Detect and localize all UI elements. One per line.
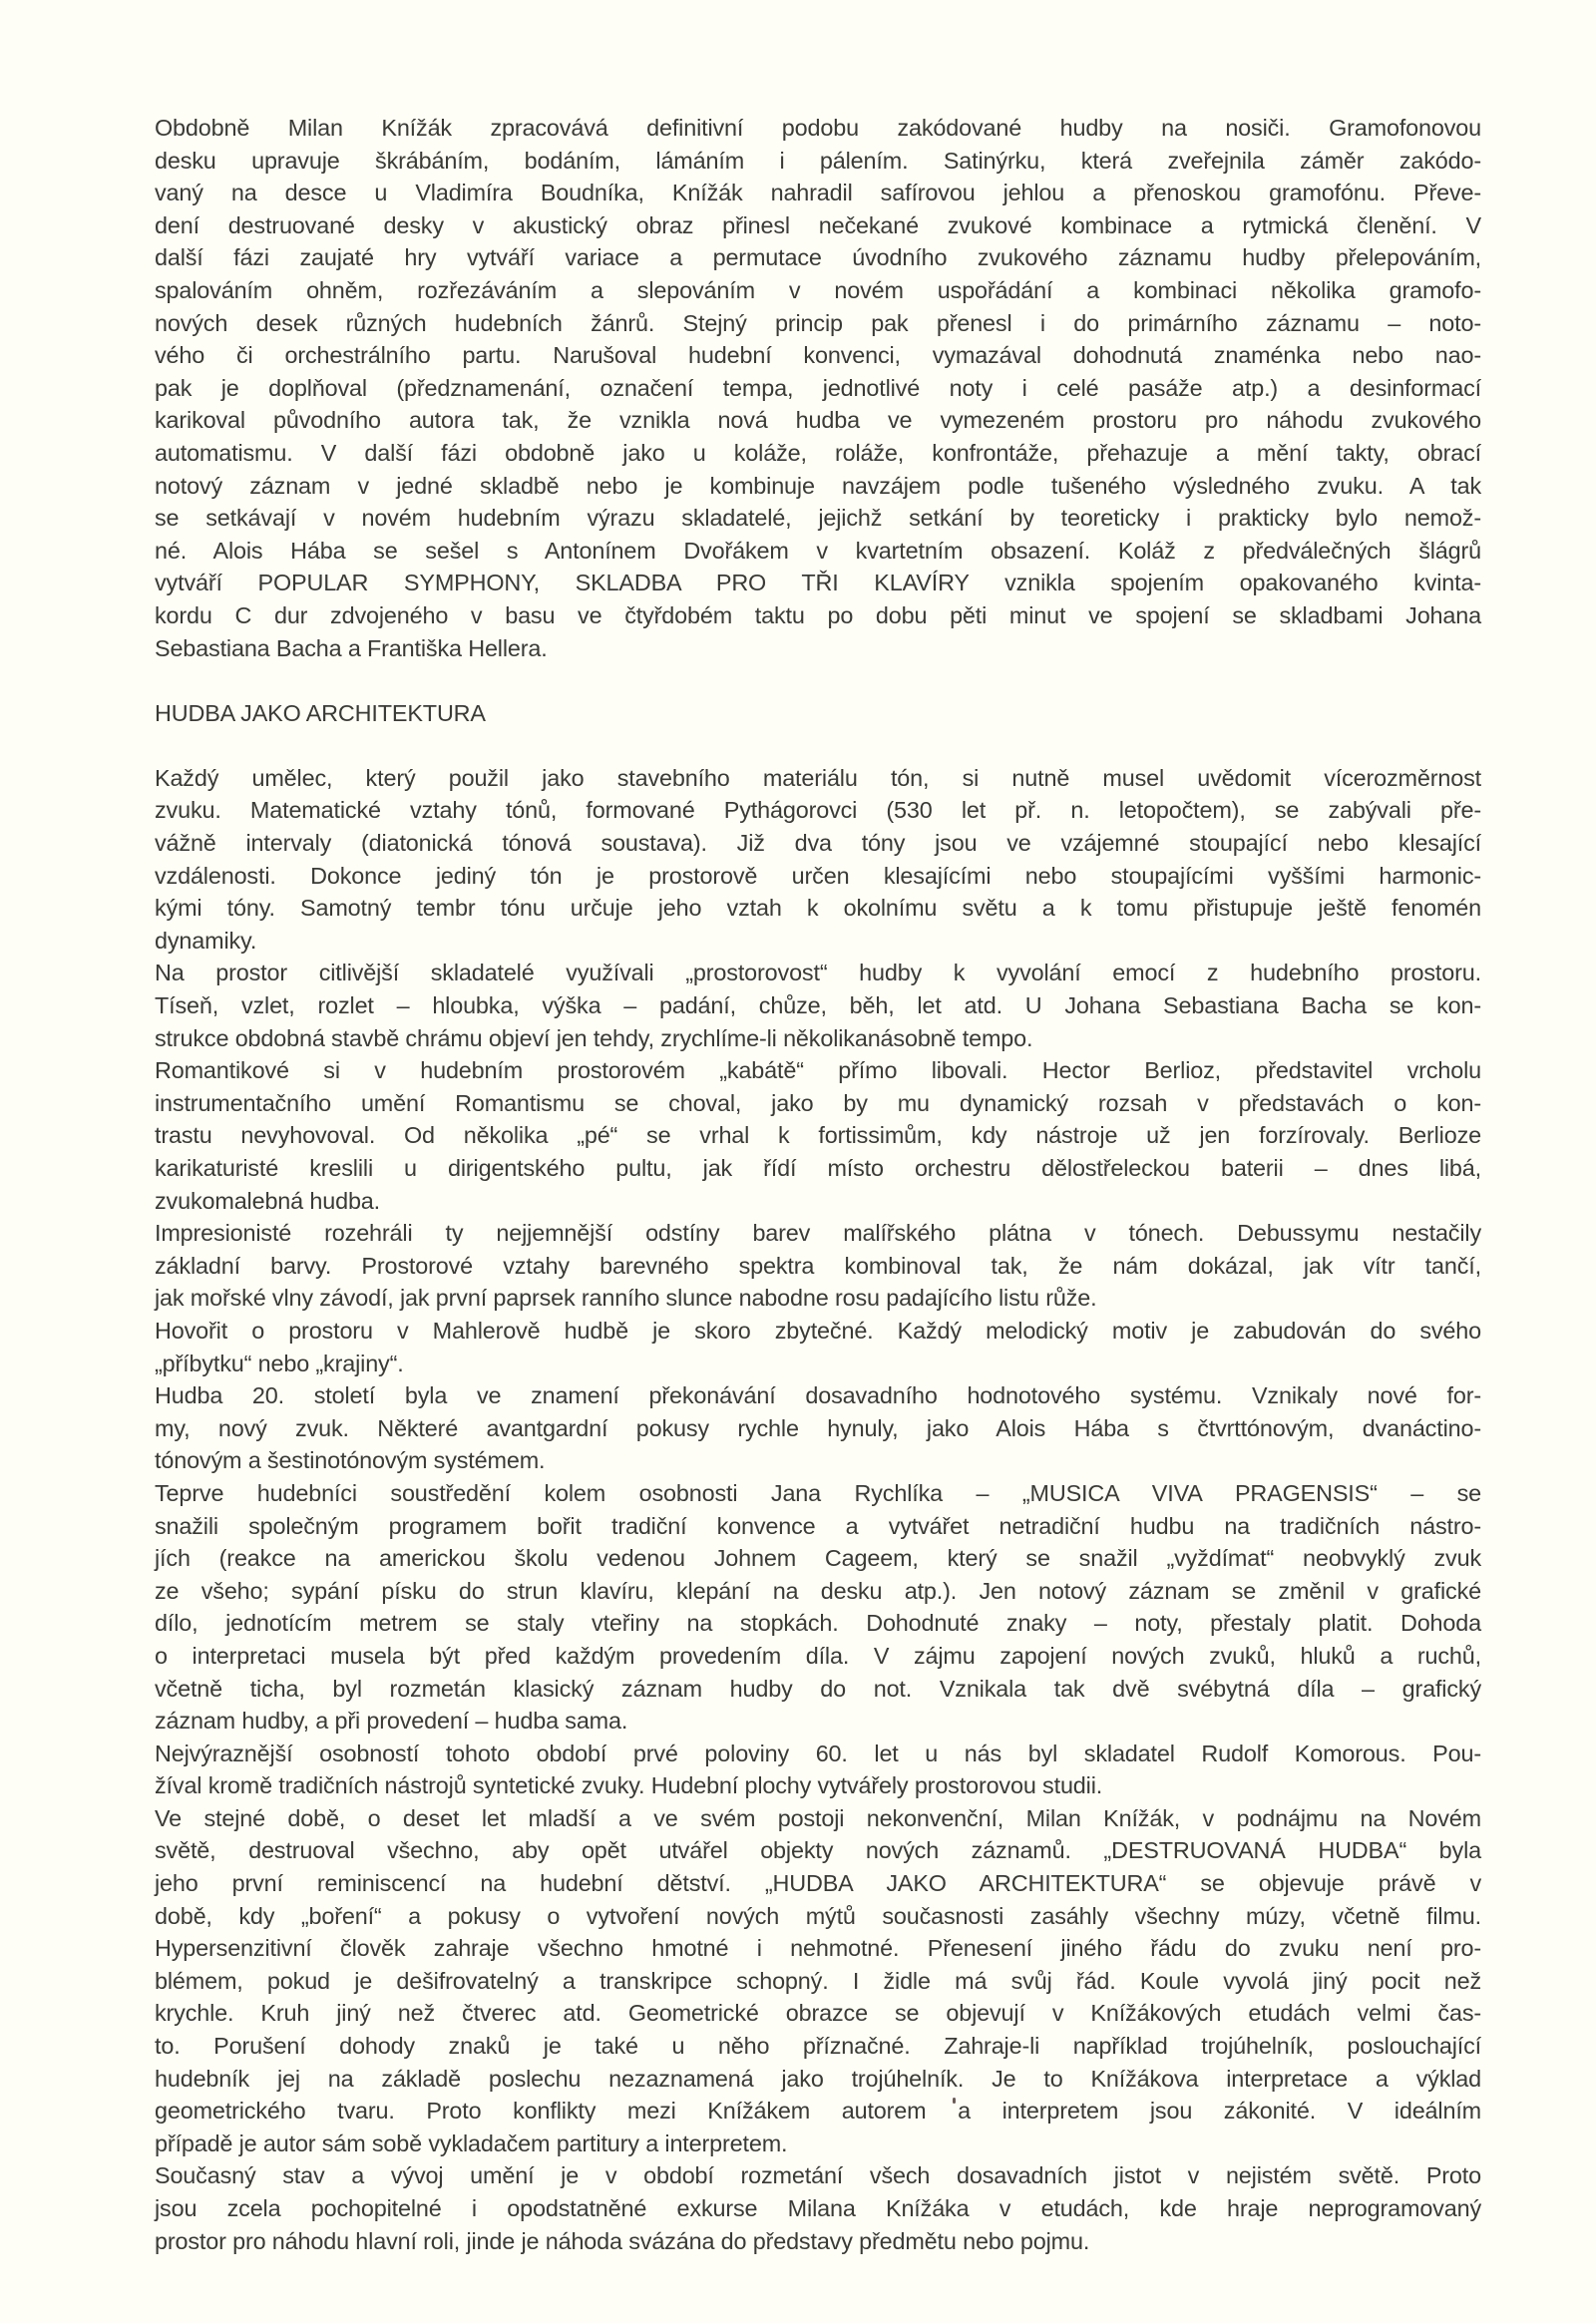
text-line: dynamiky. [155,925,1481,958]
text-line: vého či orchestrálního partu. Narušoval … [155,339,1481,372]
text-line: tónovým a šestinotónovým systémem. [155,1444,1481,1477]
text-line: základní barvy. Prostorové vztahy barevn… [155,1250,1481,1283]
section-body: Každý umělec, který použil jako stavební… [155,762,1481,2257]
text-line: Impresionisté rozehráli ty nejjemnější o… [155,1217,1481,1250]
text-line: Tíseň, vzlet, rozlet – hloubka, výška – … [155,989,1481,1022]
text-line: vzdálenosti. Dokonce jediný tón je prost… [155,860,1481,893]
text-line: krychle. Kruh jiný než čtverec atd. Geom… [155,1997,1481,2030]
text-line: o interpretaci musela být před každým pr… [155,1640,1481,1673]
text-line: geometrického tvaru. Proto konflikty mez… [155,2095,1481,2128]
text-line: vážně intervaly (diatonická tónová soust… [155,827,1481,860]
text-line: dílo, jednotícím metrem se staly vteřiny… [155,1607,1481,1640]
text-line: Každý umělec, který použil jako stavební… [155,762,1481,795]
text-line: to. Porušení dohody znaků je také u něho… [155,2030,1481,2063]
text-line: záznam hudby, a při provedení – hudba sa… [155,1705,1481,1738]
text-line: světě, destruoval všechno, aby opět utvá… [155,1834,1481,1867]
text-line: dení destruované desky v akustický obraz… [155,209,1481,242]
text-line: né. Alois Hába se sešel s Antonínem Dvoř… [155,535,1481,568]
text-line: strukce obdobná stavbě chrámu objeví jen… [155,1022,1481,1055]
text-line: notový záznam v jedné skladbě nebo je ko… [155,470,1481,503]
text-line: nových desek různých hudebních žánrů. St… [155,307,1481,340]
text-line: „příbytku“ nebo „krajiny“. [155,1348,1481,1380]
text-line: instrumentačního umění Romantismu se cho… [155,1087,1481,1120]
scan-speck [953,2098,956,2104]
text-line: spalováním ohněm, rozřezáváním a slepová… [155,274,1481,307]
section-heading: HUDBA JAKO ARCHITEKTURA [155,697,1481,730]
text-line: včetně ticha, byl rozmetán klasický zázn… [155,1673,1481,1706]
text-line: kordu C dur zdvojeného v basu ve čtyřdob… [155,599,1481,632]
text-line: zvukomalebná hudba. [155,1185,1481,1218]
text-line: jak mořské vlny závodí, jak první paprse… [155,1282,1481,1315]
text-line: Ve stejné době, o deset let mladší a ve … [155,1802,1481,1835]
text-line: Nejvýraznější osobností tohoto období pr… [155,1738,1481,1770]
text-line: Hudba 20. století byla ve znamení překon… [155,1379,1481,1412]
text-line: kými tóny. Samotný tembr tónu určuje jeh… [155,892,1481,925]
text-line: Hovořit o prostoru v Mahlerově hudbě je … [155,1315,1481,1348]
text-line: trastu nevyhovoval. Od několika „pé“ se … [155,1119,1481,1152]
text-line: vytváří POPULAR SYMPHONY, SKLADBA PRO TŘ… [155,567,1481,599]
text-line: jích (reakce na americkou školu vedenou … [155,1542,1481,1575]
text-line: Obdobně Milan Knížák zpracovává definiti… [155,112,1481,145]
text-line: případě je autor sám sobě vykladačem par… [155,2128,1481,2160]
intro-paragraph: Obdobně Milan Knížák zpracovává definiti… [155,112,1481,664]
text-line: Sebastiana Bacha a Františka Hellera. [155,632,1481,665]
document-page: Obdobně Milan Knížák zpracovává definiti… [155,112,1481,2257]
text-line: Romantikové si v hudebním prostorovém „k… [155,1054,1481,1087]
text-line: Současný stav a vývoj umění je v období … [155,2159,1481,2192]
text-line: karikoval původního autora tak, že vznik… [155,404,1481,437]
text-line: další fázi zaujaté hry vytváří variace a… [155,241,1481,274]
text-line: době, kdy „boření“ a pokusy o vytvoření … [155,1900,1481,1933]
text-line: Na prostor citlivější skladatelé využíva… [155,957,1481,989]
text-line: prostor pro náhodu hlavní roli, jinde je… [155,2225,1481,2258]
text-line: žíval kromě tradičních nástrojů syntetic… [155,1769,1481,1802]
text-line: jsou zcela pochopitelné i opodstatněné e… [155,2192,1481,2225]
text-line: pak je doplňoval (předznamenání, označen… [155,372,1481,405]
text-line: karikaturisté kreslili u dirigentského p… [155,1152,1481,1185]
text-line: snažili společným programem bořit tradič… [155,1510,1481,1543]
text-line: Teprve hudebníci soustředění kolem osobn… [155,1477,1481,1510]
text-line: Hypersenzitivní člověk zahraje všechno h… [155,1932,1481,1965]
text-line: my, nový zvuk. Některé avantgardní pokus… [155,1412,1481,1445]
text-line: automatismu. V další fázi obdobně jako u… [155,437,1481,470]
text-line: ze všeho; sypání písku do strun klavíru,… [155,1575,1481,1608]
text-line: blémem, pokud je dešifrovatelný a transk… [155,1965,1481,1998]
text-line: jeho první reminiscencí na hudební dětst… [155,1867,1481,1900]
text-line: se setkávají v novém hudebním výrazu skl… [155,502,1481,535]
text-line: vaný na desce u Vladimíra Boudníka, Kníž… [155,177,1481,209]
text-line: zvuku. Matematické vztahy tónů, formovan… [155,794,1481,827]
text-line: hudebník jej na základě poslechu nezazna… [155,2063,1481,2096]
text-line: desku upravuje škrábáním, bodáním, lámán… [155,145,1481,178]
